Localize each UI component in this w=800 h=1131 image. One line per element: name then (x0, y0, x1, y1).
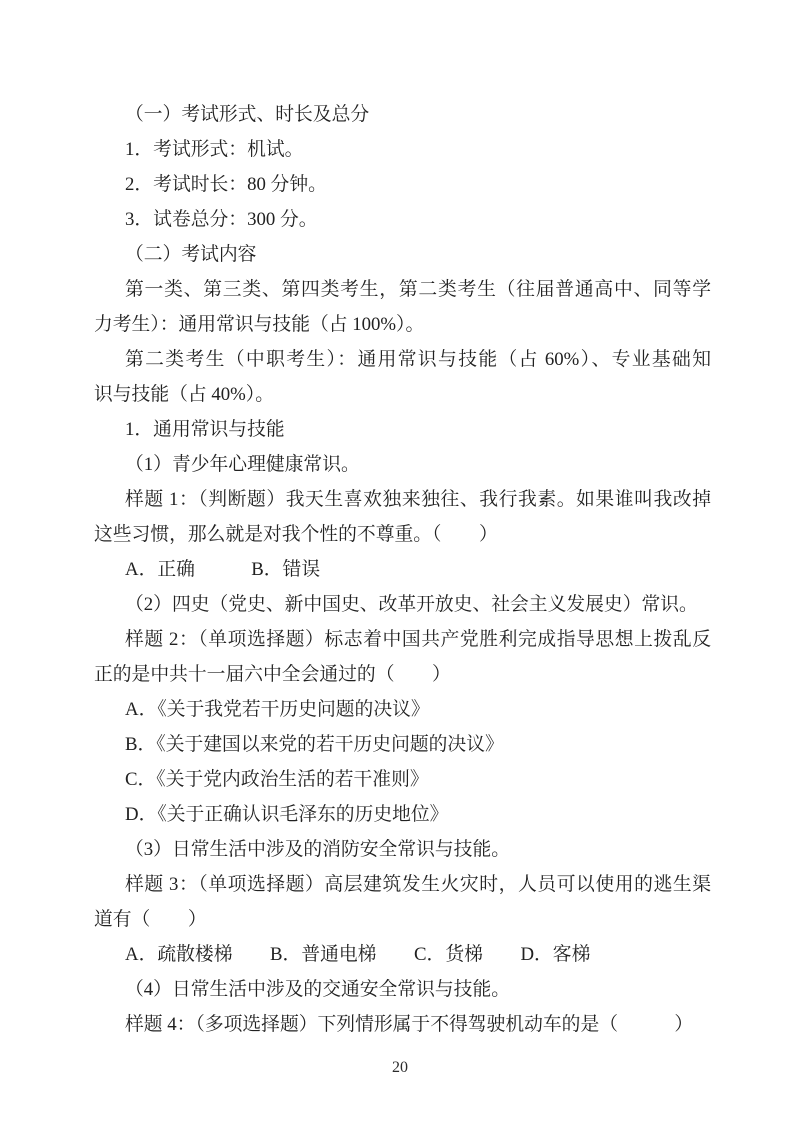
doc-line: 1．通用常识与技能 (94, 412, 711, 447)
doc-line: A．《关于我党若干历史问题的决议》 (94, 692, 711, 727)
doc-line: A．疏散楼梯 B．普通电梯 C．货梯 D．客梯 (94, 937, 711, 972)
page-number: 20 (0, 1058, 800, 1078)
doc-line: B．《关于建国以来党的若干历史问题的决议》 (94, 727, 711, 762)
doc-line: D．《关于正确认识毛泽东的历史地位》 (94, 797, 711, 832)
doc-line: 正的是中共十一届六中全会通过的（ ） (94, 657, 711, 692)
doc-line: （二）考试内容 (94, 237, 711, 272)
doc-line: 3．试卷总分：300 分。 (94, 202, 711, 237)
doc-line: （3）日常生活中涉及的消防安全常识与技能。 (94, 832, 711, 867)
doc-line: 这些习惯，那么就是对我个性的不尊重。（ ） (94, 517, 711, 552)
doc-line: （1）青少年心理健康常识。 (94, 447, 711, 482)
doc-line: 样题 4：（多项选择题）下列情形属于不得驾驶机动车的是（ ） (94, 1007, 711, 1042)
doc-line: （4）日常生活中涉及的交通安全常识与技能。 (94, 972, 711, 1007)
doc-line: 2．考试时长：80 分钟。 (94, 167, 711, 202)
doc-line: 第一类、第三类、第四类考生，第二类考生（往届普通高中、同等学 (94, 272, 711, 307)
doc-line: （2）四史（党史、新中国史、改革开放史、社会主义发展史）常识。 (94, 587, 711, 622)
doc-line: C．《关于党内政治生活的若干准则》 (94, 762, 711, 797)
doc-line: 力考生）：通用常识与技能（占 100%）。 (94, 307, 711, 342)
doc-line: A．正确 B．错误 (94, 552, 711, 587)
document-body: （一）考试形式、时长及总分1．考试形式：机试。2．考试时长：80 分钟。3．试卷… (94, 97, 711, 1042)
doc-line: 样题 2：（单项选择题）标志着中国共产党胜利完成指导思想上拨乱反 (94, 622, 711, 657)
doc-line: 识与技能（占 40%）。 (94, 377, 711, 412)
document-page: （一）考试形式、时长及总分1．考试形式：机试。2．考试时长：80 分钟。3．试卷… (0, 0, 800, 1131)
doc-line: 道有（ ） (94, 902, 711, 937)
doc-line: （一）考试形式、时长及总分 (94, 97, 711, 132)
doc-line: 第二类考生（中职考生）：通用常识与技能（占 60%）、专业基础知 (94, 342, 711, 377)
doc-line: 样题 3：（单项选择题）高层建筑发生火灾时，人员可以使用的逃生渠 (94, 867, 711, 902)
doc-line: 样题 1：（判断题）我天生喜欢独来独往、我行我素。如果谁叫我改掉 (94, 482, 711, 517)
doc-line: 1．考试形式：机试。 (94, 132, 711, 167)
